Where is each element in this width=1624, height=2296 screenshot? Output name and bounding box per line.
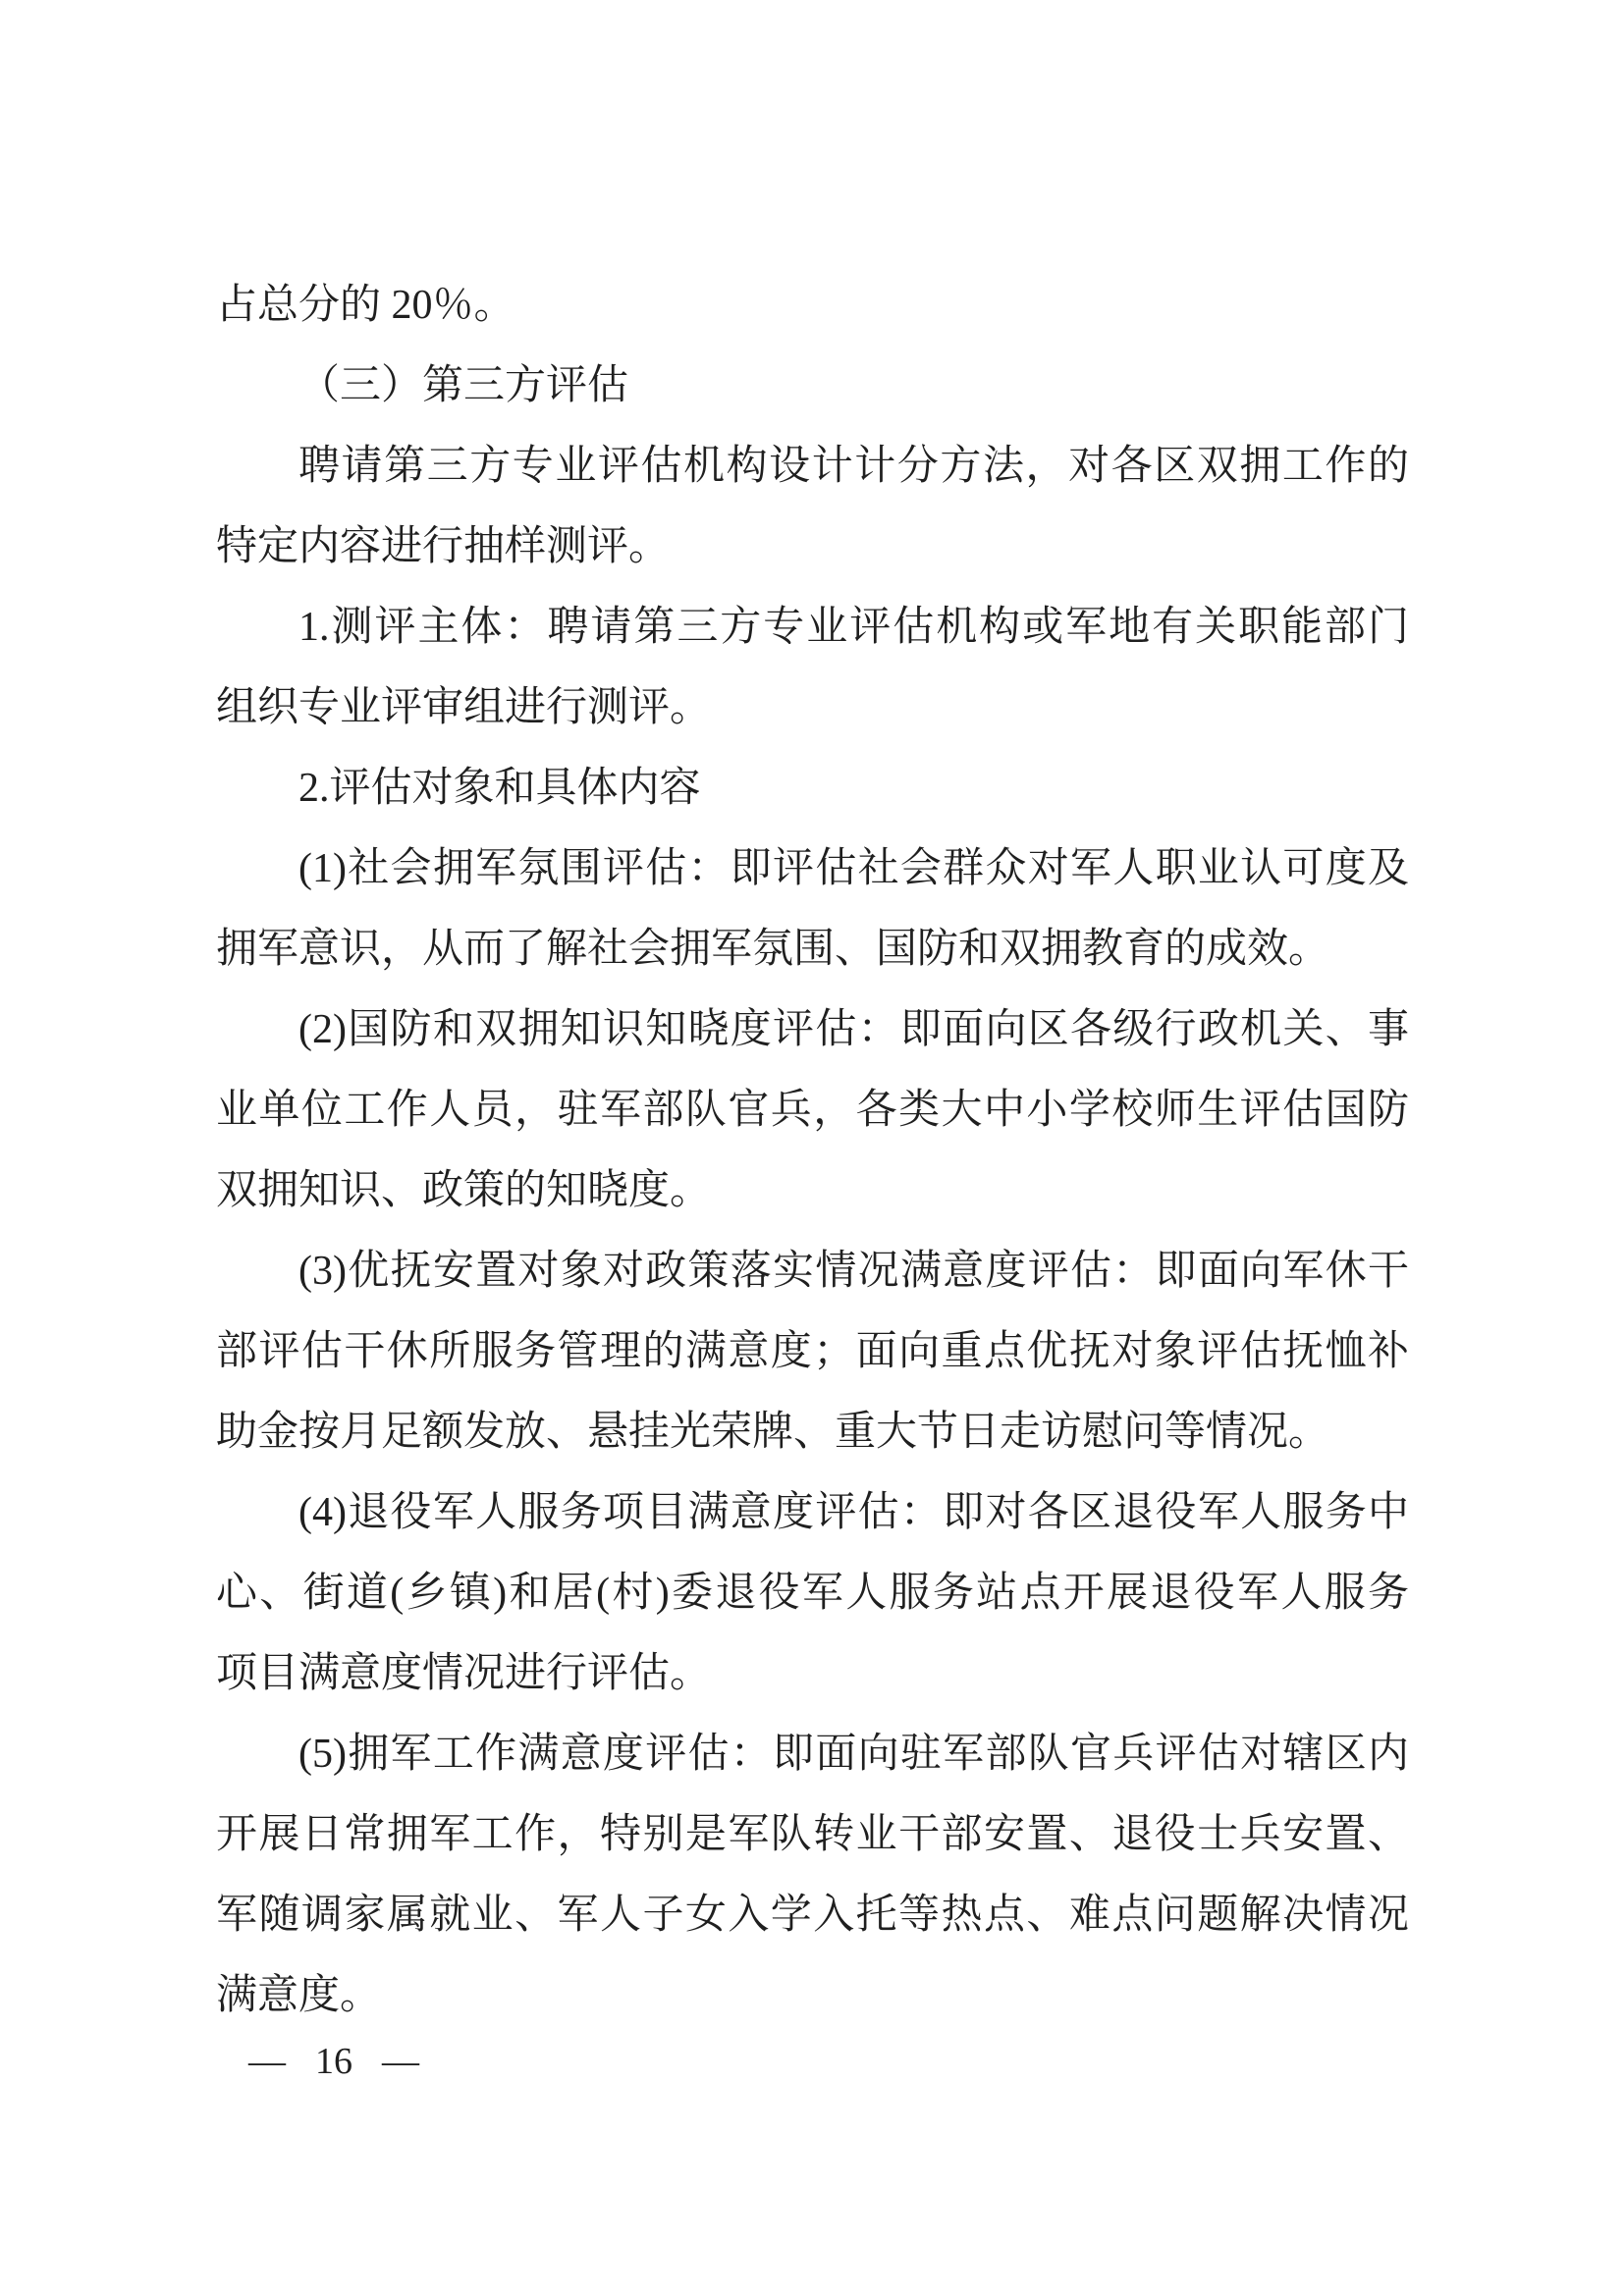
text-line: （三）第三方评估: [216, 346, 1409, 426]
text-line: 助金按月足额发放、悬挂光荣牌、重大节日走访慰问等情况。: [216, 1392, 1409, 1472]
text-line: 心、街道(乡镇)和居(村)委退役军人服务站点开展退役军人服务: [216, 1553, 1409, 1633]
footer-right-dash: —: [382, 2041, 419, 2082]
text-line: 拥军意识，从而了解社会拥军氛围、国防和双拥教育的成效。: [216, 909, 1409, 989]
text-line: 部评估干休所服务管理的满意度；面向重点优抚对象评估抚恤补: [216, 1311, 1409, 1392]
text-line: 1.测评主体：聘请第三方专业评估机构或军地有关职能部门: [216, 587, 1409, 667]
text-line: 占总分的 20％。: [216, 265, 1409, 346]
text-line: (2)国防和双拥知识知晓度评估：即面向区各级行政机关、事: [216, 989, 1409, 1070]
footer-left-dash: —: [248, 2041, 286, 2082]
document-body: 占总分的 20％。（三）第三方评估聘请第三方专业评估机构设计计分方法，对各区双拥…: [216, 265, 1409, 2082]
text-line: (5)拥军工作满意度评估：即面向驻军部队官兵评估对辖区内: [216, 1714, 1409, 1794]
text-line: 军随调家属就业、军人子女入学入托等热点、难点问题解决情况的: [216, 1875, 1409, 1955]
text-line: 项目满意度情况进行评估。: [216, 1633, 1409, 1714]
text-line: (1)社会拥军氛围评估：即评估社会群众对军人职业认可度及: [216, 828, 1409, 909]
document-page: 占总分的 20％。（三）第三方评估聘请第三方专业评估机构设计计分方法，对各区双拥…: [0, 0, 1624, 2296]
text-line: 组织专业评审组进行测评。: [216, 667, 1409, 748]
text-lines: 占总分的 20％。（三）第三方评估聘请第三方专业评估机构设计计分方法，对各区双拥…: [216, 265, 1409, 2036]
text-line: 开展日常拥军工作，特别是军队转业干部安置、退役士兵安置、随: [216, 1794, 1409, 1875]
text-line: 聘请第三方专业评估机构设计计分方法，对各区双拥工作的: [216, 426, 1409, 507]
text-line: 特定内容进行抽样测评。: [216, 507, 1409, 587]
page-number: 16: [315, 2041, 352, 2082]
text-line: 双拥知识、政策的知晓度。: [216, 1150, 1409, 1231]
text-line: 业单位工作人员，驻军部队官兵，各类大中小学校师生评估国防和: [216, 1070, 1409, 1150]
text-line: (3)优抚安置对象对政策落实情况满意度评估：即面向军休干: [216, 1231, 1409, 1311]
text-line: 满意度。: [216, 1955, 1409, 2036]
page-footer: —16—: [216, 2041, 1409, 2082]
text-line: (4)退役军人服务项目满意度评估：即对各区退役军人服务中: [216, 1472, 1409, 1553]
text-line: 2.评估对象和具体内容: [216, 748, 1409, 828]
